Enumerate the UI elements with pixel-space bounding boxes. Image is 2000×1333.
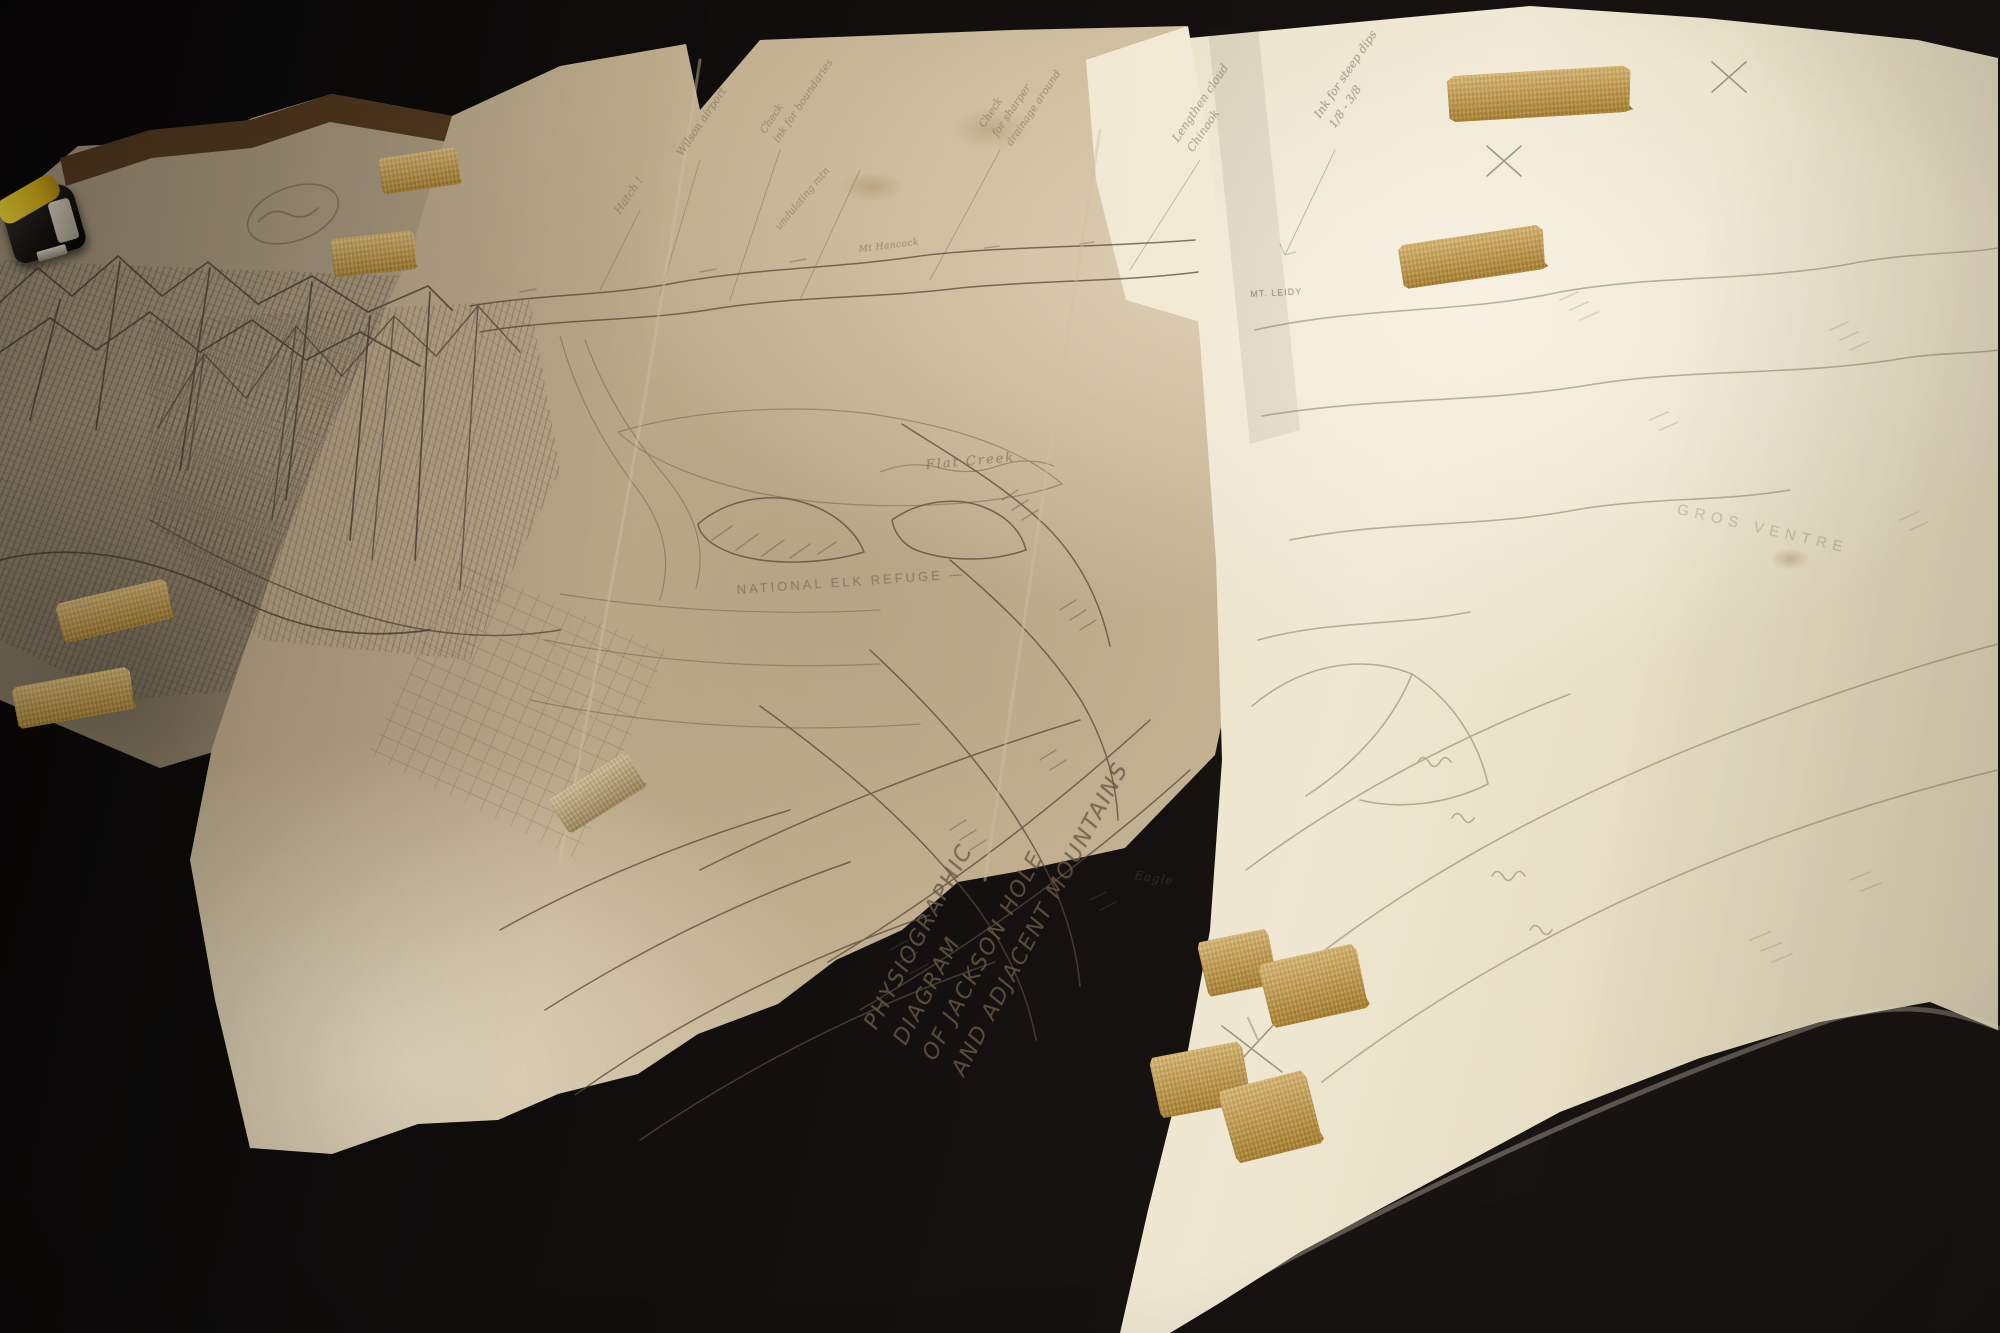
tape-layer — [0, 0, 2000, 1333]
tape-strip — [1397, 223, 1548, 291]
tape-strip — [55, 577, 176, 645]
tape-strip — [330, 229, 418, 279]
tape-strip — [1257, 941, 1370, 1031]
tape-strip — [378, 146, 463, 196]
tape-strip — [1447, 64, 1634, 125]
photo-of-panoramic-sketch: PHYSIOGRAPHIC DIAGRAM OF JACKSON HOLE AN… — [0, 0, 2000, 1333]
tape-strip — [11, 665, 137, 731]
tape-strip — [548, 750, 648, 835]
